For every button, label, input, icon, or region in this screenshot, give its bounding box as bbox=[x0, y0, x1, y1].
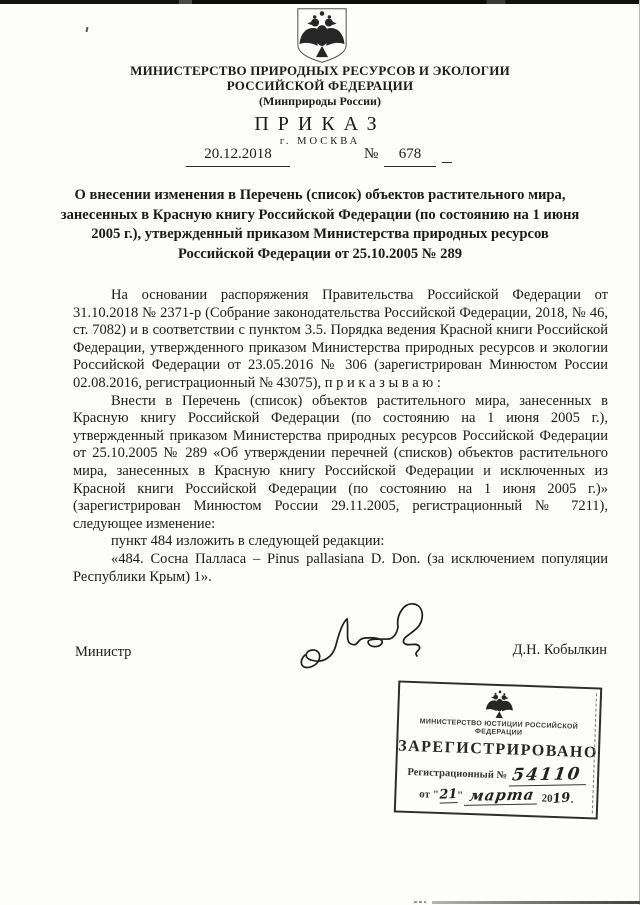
document-title: О внесении изменения в Перечень (список)… bbox=[60, 186, 580, 264]
scan-artifact-top-edge bbox=[0, 0, 640, 4]
scan-artifact-speck bbox=[86, 27, 89, 32]
scanned-order-document: МИНИСТЕРСТВО ПРИРОДНЫХ РЕСУРСОВ И ЭКОЛОГ… bbox=[0, 0, 640, 905]
coat-of-arms-icon bbox=[291, 7, 353, 64]
stamp-date-day-handwritten: 21 bbox=[439, 787, 458, 804]
scan-artifact-bottom-edge bbox=[432, 901, 640, 904]
scan-artifact-bottom-dashes bbox=[414, 901, 426, 903]
document-number: 678 bbox=[384, 146, 436, 167]
signature-icon bbox=[293, 595, 433, 675]
stamp-date-month-handwritten: марта bbox=[464, 786, 540, 806]
date-number-row: 20.12.2018 № 678 bbox=[0, 146, 640, 168]
ministry-short-name: (Минприроды России) bbox=[0, 94, 640, 108]
body-paragraph-item: пункт 484 изложить в следующей редакции: bbox=[73, 533, 608, 551]
ministry-name-line1: МИНИСТЕРСТВО ПРИРОДНЫХ РЕСУРСОВ И ЭКОЛОГ… bbox=[0, 64, 640, 79]
signer-position: Министр bbox=[75, 644, 131, 661]
stamp-eagle-icon bbox=[482, 688, 517, 719]
stamp-reg-label: Регистрационный № bbox=[407, 767, 507, 781]
stamp-registered-label: ЗАРЕГИСТРИРОВАНО bbox=[398, 737, 599, 764]
document-body: На основании распоряжения Правительства … bbox=[73, 287, 608, 586]
body-paragraph-basis: На основании распоряжения Правительства … bbox=[73, 287, 608, 393]
document-date: 20.12.2018 bbox=[186, 146, 290, 167]
document-type: ПРИКАЗ bbox=[0, 113, 640, 135]
body-paragraph-amendment: Внести в Перечень (список) объектов раст… bbox=[73, 393, 608, 534]
stamp-reg-number-handwritten: 54110 bbox=[508, 764, 588, 786]
document-header: МИНИСТЕРСТВО ПРИРОДНЫХ РЕСУРСОВ И ЭКОЛОГ… bbox=[0, 64, 640, 148]
stamp-date-year-handwritten: 19 bbox=[552, 790, 572, 807]
number-sign: № bbox=[364, 146, 378, 163]
signer-name: Д.Н. Кобылкин bbox=[513, 642, 607, 659]
stamp-date-quote-close: " bbox=[457, 790, 464, 802]
registration-stamp: МИНИСТЕРСТВО ЮСТИЦИИ РОССИЙСКОЙ ФЕДЕРАЦИ… bbox=[394, 680, 602, 819]
number-underline-tail bbox=[442, 162, 452, 163]
stamp-date-quote-open: " bbox=[433, 789, 440, 801]
body-paragraph-new-wording: «484. Сосна Палласа – Pinus pallasiana D… bbox=[73, 551, 608, 586]
ministry-name-line2: РОССИЙСКОЙ ФЕДЕРАЦИИ bbox=[0, 79, 640, 94]
stamp-date-prefix: от bbox=[419, 788, 430, 800]
